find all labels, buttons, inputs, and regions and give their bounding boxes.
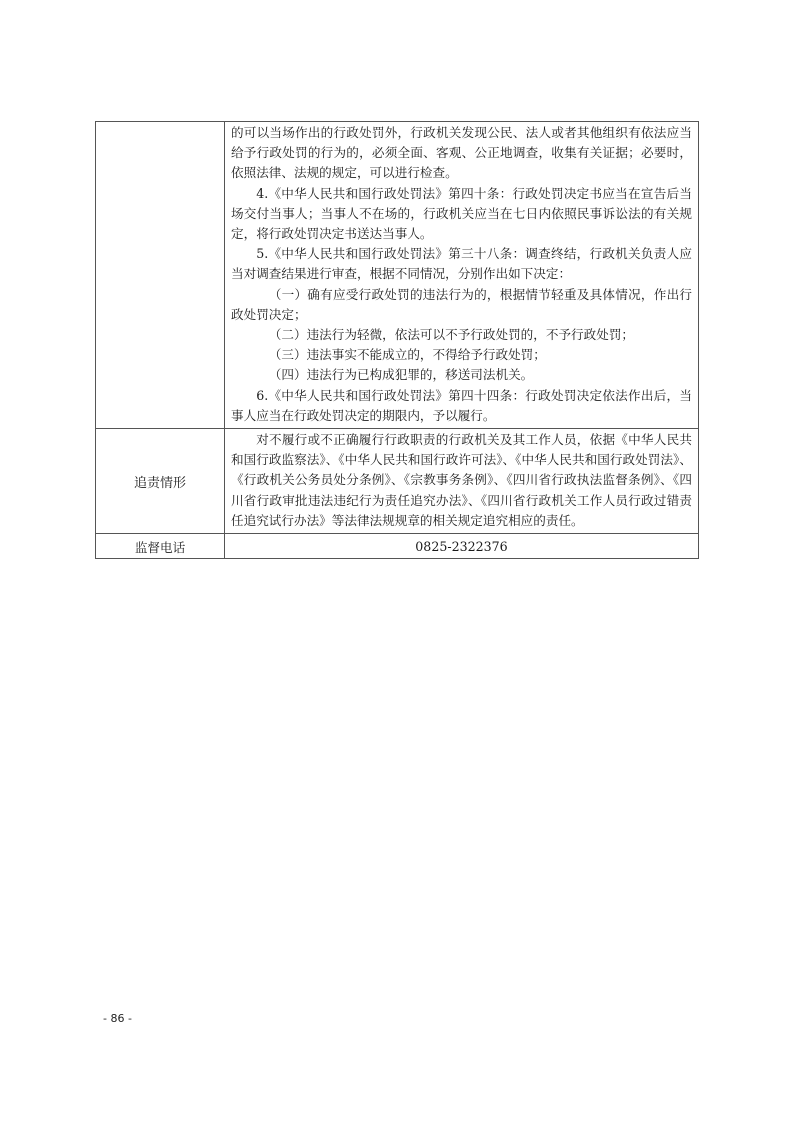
legal-basis-cell: 的可以当场作出的行政处罚外，行政机关发现公民、法人或者其他组织有依法应当给予行政… [225,122,699,429]
row-label-supervision-phone: 监督电话 [96,534,225,559]
table-row-accountability: 追责情形 对不履行或不正确履行行政职责的行政机关及其工作人员，依据《中华人民共和… [96,429,699,534]
table-row-supervision-phone: 监督电话 0825-2322376 [96,534,699,559]
paragraph: 5.《中华人民共和国行政处罚法》第三十八条：调查终结，行政机关负责人应当对调查结… [231,244,692,284]
row-label-empty [96,122,225,429]
paragraph: （四）违法行为已构成犯罪的，移送司法机关。 [231,365,692,385]
table-row-legal-basis: 的可以当场作出的行政处罚外，行政机关发现公民、法人或者其他组织有依法应当给予行政… [96,122,699,429]
paragraph: （三）违法事实不能成立的，不得给予行政处罚； [231,345,692,365]
paragraph: （一）确有应受行政处罚的违法行为的，根据情节轻重及具体情况，作出行政处罚决定； [231,285,692,325]
accountability-cell: 对不履行或不正确履行行政职责的行政机关及其工作人员，依据《中华人民共和国行政监察… [225,429,699,534]
paragraph: （二）违法行为轻微，依法可以不予行政处罚的，不予行政处罚； [231,325,692,345]
paragraph: 4.《中华人民共和国行政处罚法》第四十条：行政处罚决定书应当在宣告后当场交付当事… [231,184,692,245]
paragraph: 的可以当场作出的行政处罚外，行政机关发现公民、法人或者其他组织有依法应当给予行政… [231,123,692,184]
paragraph: 6.《中华人民共和国行政处罚法》第四十四条：行政处罚决定依法作出后，当事人应当在… [231,386,692,426]
paragraph: 对不履行或不正确履行行政职责的行政机关及其工作人员，依据《中华人民共和国行政监察… [231,430,692,531]
document-table: 的可以当场作出的行政处罚外，行政机关发现公民、法人或者其他组织有依法应当给予行政… [95,121,699,559]
page-number: - 86 - [103,1012,132,1025]
row-label-accountability: 追责情形 [96,429,225,534]
supervision-phone-value: 0825-2322376 [225,534,699,559]
